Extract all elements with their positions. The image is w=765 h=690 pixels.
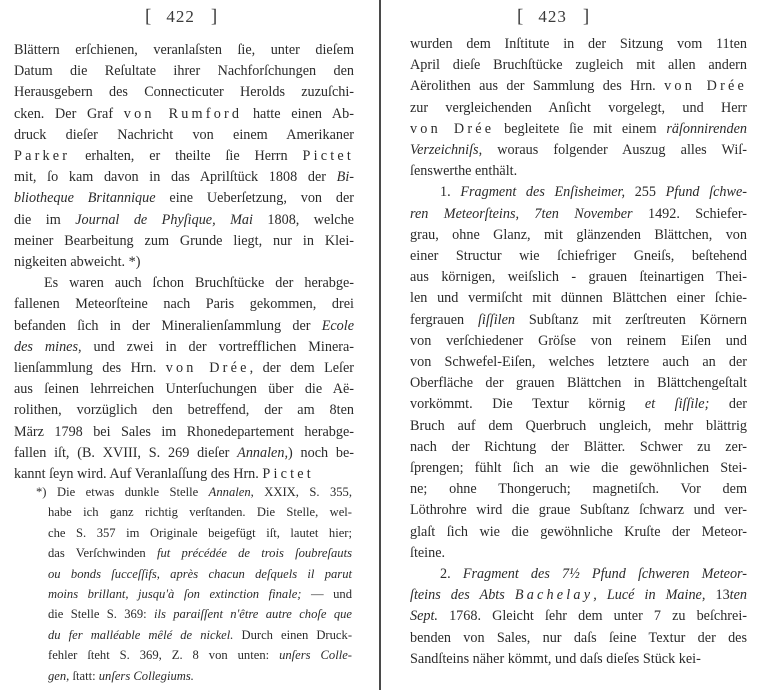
text-line: Verzeichniſs, woraus folgender Auszug al… xyxy=(410,140,747,161)
footnote-line: moins brillant, jusqu'à ſon extinction f… xyxy=(36,584,352,604)
footnote-line: du fer malléable mêlé de nickel. Durch e… xyxy=(36,625,352,645)
text-line: Oberfläche der grauen Blättchen in Blätt… xyxy=(410,373,747,394)
italic-text: unſers Colle- xyxy=(279,648,352,662)
text-line: aus körnigen, weiſslich - grauen ſteinar… xyxy=(410,267,747,288)
spaced-name: von Drée xyxy=(166,360,250,376)
italic-text: ſiſſilen xyxy=(478,312,515,328)
text-line: von Schwefel-Eiſen, welches letztere auc… xyxy=(410,352,747,373)
footnote-line: fehler ſteht S. 369, Z. 8 von unten: unſ… xyxy=(36,645,352,665)
italic-text: Pfund ſchwe- xyxy=(666,184,747,200)
italic-text: ſteins des Abts xyxy=(410,587,505,603)
text-line: Aërolithen aus der Sammlung des Hrn. von… xyxy=(410,76,747,97)
text-line: 2. Fragment des 7½ Pfund ſchweren Meteor… xyxy=(410,564,747,585)
spaced-name: von Drée xyxy=(664,78,747,94)
text-line: benden von Sales, nur daſs ſeine Textur … xyxy=(410,628,747,649)
text-line: Bruch auf dem Querbruch ungleich, mehr b… xyxy=(410,416,747,437)
text-line: nach der Richtung der Blätter. Schwer zu… xyxy=(410,437,747,458)
italic-text: ou bonds ſucceſſifs, après chacun deſque… xyxy=(48,567,352,581)
footnote-line: das Verſchwinden fut précédée de trois ſ… xyxy=(36,543,352,563)
text-line: wurden dem Inſtitute in der Sitzung vom … xyxy=(410,34,747,55)
bracket-close: ] xyxy=(211,6,218,27)
left-page: [422] Blättern erſchienen, veranlaſsten … xyxy=(0,0,378,690)
italic-text: Verzeichniſs xyxy=(410,142,479,158)
italic-text: Sept. xyxy=(410,608,438,624)
italic-text: Journal de Phyſique, Mai xyxy=(75,212,253,228)
spaced-name: Parker xyxy=(14,148,70,164)
footnote-line: die Stelle S. 369: ils paraiſſent n'être… xyxy=(36,604,352,624)
italic-text: fut précédée de trois ſoubreſauts xyxy=(157,546,352,560)
footnote-line: ou bonds ſucceſſifs, après chacun deſque… xyxy=(36,564,352,584)
text-line: druck dieſer Nachricht von einem Amerika… xyxy=(14,125,354,146)
text-line: vorkömmt. Die Textur körnig et ſiſſile; … xyxy=(410,394,747,415)
text-line: fallen iſt, (B. XVIII, S. 269 dieſer Ann… xyxy=(14,443,354,464)
text-line: April dieſe Bruchſtücke zugleich mit all… xyxy=(410,55,747,76)
italic-text: ren Meteorſteins, 7ten November xyxy=(410,206,633,222)
text-line: nigkeiten abweicht. *) xyxy=(14,252,354,273)
italic-text: Fragment des 7½ Pfund ſchweren Meteor- xyxy=(463,566,747,582)
footnote-marker: *) xyxy=(36,485,57,499)
text-line: Datum die Reſultate ihrer Nachforſchunge… xyxy=(14,61,354,82)
footnote-line: che S. 357 im Originale beigefügt iſt, l… xyxy=(36,523,352,543)
page-number-left: [422] xyxy=(145,6,218,28)
footnote-line: habe ich ganz richtig verſtanden. Die St… xyxy=(36,502,352,522)
text-line: Herausgebern des Connecticuter Herolds z… xyxy=(14,82,354,103)
text-line: Löthrohre wird die graue Subſtanz ſchwar… xyxy=(410,500,747,521)
italic-text: Annalen, xyxy=(237,445,288,461)
italic-text: ten xyxy=(730,587,747,603)
text-line: fallenen Meteorſteine nach Paris gekomme… xyxy=(14,294,354,315)
text-line: zur vergleichenden Anſicht vorgelegt, un… xyxy=(410,98,747,119)
italic-text: moins brillant, jusqu'à ſon extinction f… xyxy=(48,587,302,601)
italic-text: unſers Collegiums. xyxy=(99,669,194,683)
page-number-value: 422 xyxy=(152,7,211,26)
italic-text: Fragment des Enſisheimer, xyxy=(460,184,625,200)
text-line: ren Meteorſteins, 7ten November 1492. Sc… xyxy=(410,204,747,225)
text-line: März 1798 bei Sales im Rhonedepartement … xyxy=(14,422,354,443)
italic-text: Annalen xyxy=(209,485,251,499)
text-line: einer Structur wie ſchiefriger Gneiſs, b… xyxy=(410,246,747,267)
text-line: mit, ſo kam davon in das Aprilſtück 1808… xyxy=(14,167,354,188)
italic-text: Bi- xyxy=(337,169,354,185)
text-line: von verſchiedener Gröſse von reinem Eiſe… xyxy=(410,331,747,352)
spaced-name: Pictet xyxy=(262,466,314,482)
text-line: aus ſeinen lehrreichen Unterſuchungen üb… xyxy=(14,379,354,400)
italic-text: bliotheque Britannique xyxy=(14,190,156,206)
text-line: von Drée begleitete ſie mit einem räſonn… xyxy=(410,119,747,140)
footnote: *) Die etwas dunkle Stelle Annalen, XXIX… xyxy=(36,482,352,686)
text-line: ſenswerthe enthält. xyxy=(410,161,747,182)
italic-text: Bachelay xyxy=(515,587,593,603)
text-line: des mines, und zwei in der vortreffliche… xyxy=(14,337,354,358)
text-line: bliotheque Britannique eine Ueberſetzung… xyxy=(14,188,354,209)
text-line: ſteine. xyxy=(410,543,747,564)
italic-text: du fer malléable mêlé de nickel. xyxy=(48,628,233,642)
text-line: cken. Der Graf von Rumford hatte einen A… xyxy=(14,104,354,125)
text-line: lienſammlung des Hrn. von Drée, der dem … xyxy=(14,358,354,379)
text-line: 1. Fragment des Enſisheimer, 255 Pfund ſ… xyxy=(410,182,747,203)
text-line: Es waren auch ſchon Bruchſtücke der hera… xyxy=(14,273,354,294)
text-line: ſprengen; fühlt ſich an wie die gewöhnli… xyxy=(410,458,747,479)
footnote-line: gen, ſtatt: unſers Collegiums. xyxy=(36,666,352,686)
italic-text: Ecole xyxy=(322,318,354,334)
right-page: [423] wurden dem Inſtitute in der Sitzun… xyxy=(382,0,765,690)
text-line: Blättern erſchienen, veranlaſsten ſie, u… xyxy=(14,40,354,61)
footnote-line: *) Die etwas dunkle Stelle Annalen, XXIX… xyxy=(36,482,352,502)
italic-text: , Lucé in Maine, xyxy=(593,587,705,603)
left-body-text: Blättern erſchienen, veranlaſsten ſie, u… xyxy=(14,40,354,485)
text-line: fergrauen ſiſſilen Subſtanz mit zerſtreu… xyxy=(410,310,747,331)
right-body-text: wurden dem Inſtitute in der Sitzung vom … xyxy=(410,34,747,670)
text-line: ne; ohne Thongeruch; magnetiſch. Vor dem xyxy=(410,479,747,500)
text-line: rolithen, vorzüglich den betreffend, der… xyxy=(14,400,354,421)
text-line: ſteins des Abts Bachelay, Lucé in Maine,… xyxy=(410,585,747,606)
bracket-close: ] xyxy=(583,6,590,27)
text-line: glaſt ſich wie die gewöhnliche Kruſte de… xyxy=(410,522,747,543)
spaced-name: von Rumford xyxy=(124,106,242,122)
italic-text: et ſiſſile; xyxy=(645,396,709,412)
page-number-right: [423] xyxy=(517,6,590,28)
spaced-name: Pictet xyxy=(302,148,354,164)
text-line: grau, ohne Glanz, mit glänzenden Blättch… xyxy=(410,225,747,246)
text-line: meiner Bearbeitung zum Grunde liegt, nur… xyxy=(14,231,354,252)
spaced-name: von Drée xyxy=(410,121,494,137)
text-line: die im Journal de Phyſique, Mai 1808, we… xyxy=(14,210,354,231)
text-line: Sandſteins näher kömmt, und daſs dieſes … xyxy=(410,649,747,670)
italic-text: ils paraiſſent n'être autre choſe que xyxy=(154,607,352,621)
text-line: Parker erhalten, er theilte ſie Herrn Pi… xyxy=(14,146,354,167)
page-gutter-divider xyxy=(379,0,381,690)
italic-text: gen, xyxy=(48,669,69,683)
text-line: Sept. 1768. Gleicht ſehr dem unter 7 zu … xyxy=(410,606,747,627)
text-line: befanden ſich in der Mineralienſammlung … xyxy=(14,316,354,337)
spaced-name: Bachelay xyxy=(515,587,593,603)
text-line: len und vermiſcht mit dünnen Blättchen e… xyxy=(410,288,747,309)
italic-text: räſonnirenden xyxy=(666,121,747,137)
page-number-value: 423 xyxy=(524,7,583,26)
italic-text: des mines xyxy=(14,339,78,355)
